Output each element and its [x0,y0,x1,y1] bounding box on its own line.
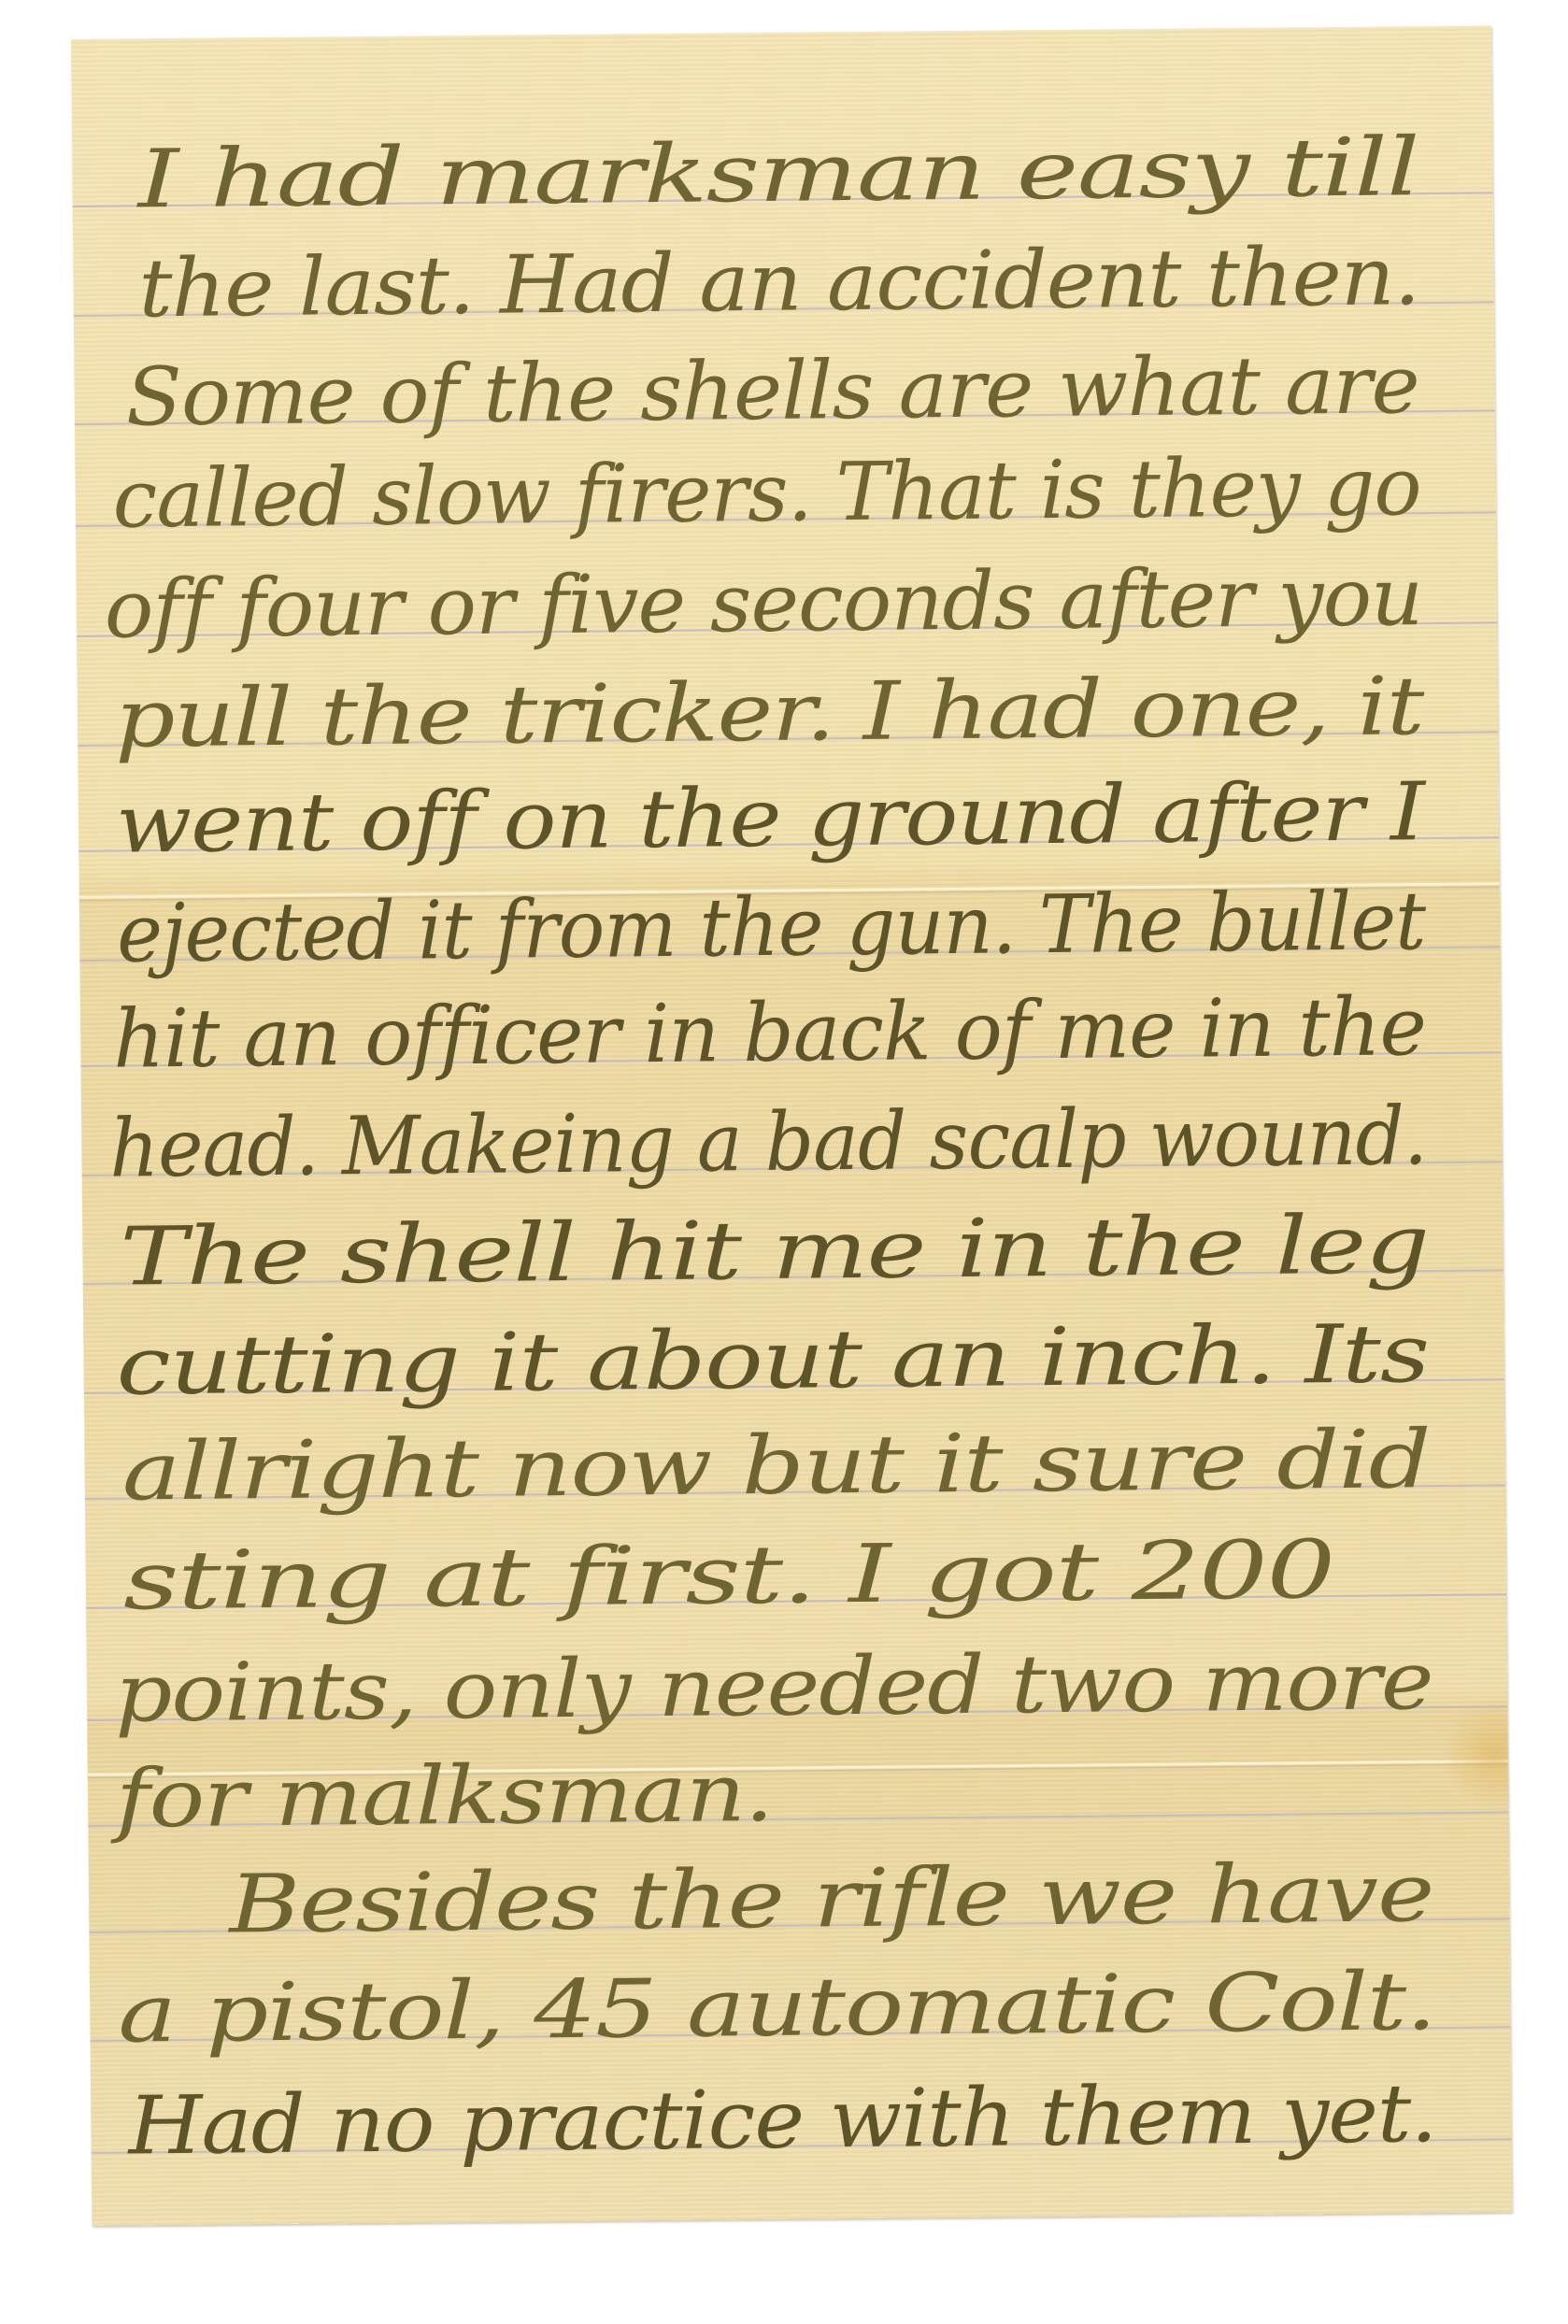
handwritten-line-13: allright now but it sure did [121,1419,1431,1512]
handwritten-line-5: off four or five seconds after you [104,557,1422,650]
water-stain [1442,1698,1508,1811]
handwritten-line-1: I had marksman easy till [137,127,1419,220]
handwritten-line-12: cutting it about an inch. Its [116,1314,1429,1406]
handwritten-line-6: pull the tricker. I had one, it [115,666,1424,759]
handwritten-line-17: Besides the rifle we have [229,1853,1434,1945]
handwritten-line-14: sting at first. I got 200 [122,1530,1334,1621]
handwritten-line-7: went off on the ground after I [116,772,1425,864]
letter-page: I had marksman easy till the last. Had a… [71,25,1512,2225]
handwritten-line-15: points, only needed two more [115,1641,1433,1734]
ruled-lines [71,25,1491,39]
handwritten-line-8: ejected it from the gun. The bullet [117,881,1426,974]
handwritten-line-16: for malksman. [116,1753,774,1840]
handwritten-line-4: called slow firers. That is they go [112,447,1421,539]
handwritten-line-10: head. Makeing a bad scalp wound. [109,1096,1427,1190]
handwritten-line-3: Some of the shells are what are [125,345,1419,437]
handwritten-line-19: Had no practice with them yet. [128,2074,1436,2166]
handwritten-line-9: hit an officer in back of me in the [113,987,1426,1079]
handwritten-line-18: a pistol, 45 automatic Colt. [118,1961,1436,2055]
handwritten-line-2: the last. Had an accident then. [138,236,1419,329]
handwritten-line-11: The shell hit me in the leg [120,1205,1429,1297]
